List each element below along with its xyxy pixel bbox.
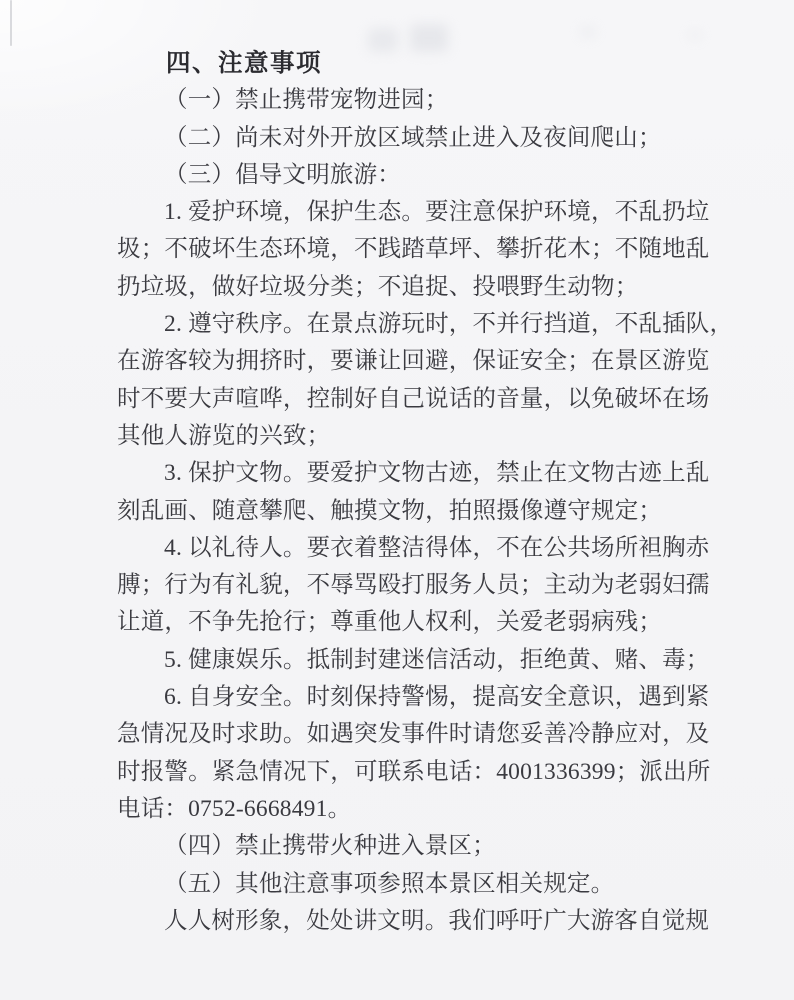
- scan-edge-artifact: [10, 0, 12, 46]
- text-line: 人人树形象，处处讲文明。我们呼吁广大游客自觉规: [117, 903, 685, 940]
- text-line: （二）尚未对外开放区域禁止进入及夜间爬山；: [117, 120, 685, 157]
- text-line: 电话：0752-6668491。: [117, 791, 685, 828]
- text-line: 时报警。紧急情况下，可联系电话：4001336399；派出所: [117, 754, 685, 791]
- text-line: 6. 自身安全。时刻保持警惕，提高安全意识，遇到紧: [117, 679, 685, 716]
- text-line: 3. 保护文物。要爱护文物古迹，禁止在文物古迹上乱: [117, 455, 685, 492]
- bleedthrough-smudge: [580, 26, 596, 38]
- scanned-page: 四、注意事项（一）禁止携带宠物进园；（二）尚未对外开放区域禁止进入及夜间爬山；（…: [0, 0, 794, 1000]
- text-line: 膊；行为有礼貌，不辱骂殴打服务人员；主动为老弱妇孺: [117, 567, 685, 604]
- text-line: （四）禁止携带火种进入景区；: [117, 828, 685, 865]
- text-line: 2. 遵守秩序。在景点游玩时，不并行挡道，不乱插队，: [117, 306, 685, 343]
- text-line: （一）禁止携带宠物进园；: [117, 82, 685, 119]
- bleedthrough-smudge: [688, 30, 702, 40]
- text-line: 让道，不争先抢行；尊重他人权利，关爱老弱病残；: [117, 604, 685, 641]
- text-line: 时不要大声喧哗，控制好自己说话的音量，以免破坏在场: [117, 381, 685, 418]
- text-line: 急情况及时求助。如遇突发事件时请您妥善冷静应对，及: [117, 716, 685, 753]
- text-line: （五）其他注意事项参照本景区相关规定。: [117, 866, 685, 903]
- section-heading: 四、注意事项: [117, 45, 685, 82]
- document-lines: 四、注意事项（一）禁止携带宠物进园；（二）尚未对外开放区域禁止进入及夜间爬山；（…: [117, 45, 685, 940]
- text-line: 5. 健康娱乐。抵制封建迷信活动，拒绝黄、赌、毒；: [117, 642, 685, 679]
- text-line: 4. 以礼待人。要衣着整洁得体，不在公共场所袒胸赤: [117, 530, 685, 567]
- text-line: 圾；不破坏生态环境，不践踏草坪、攀折花木；不随地乱: [117, 231, 685, 268]
- text-line: 其他人游览的兴致；: [117, 418, 685, 455]
- text-line: 刻乱画、随意攀爬、触摸文物，拍照摄像遵守规定；: [117, 493, 685, 530]
- text-line: 扔垃圾，做好垃圾分类；不追捉、投喂野生动物；: [117, 269, 685, 306]
- text-line: （三）倡导文明旅游：: [117, 157, 685, 194]
- text-line: 1. 爱护环境，保护生态。要注意保护环境，不乱扔垃: [117, 194, 685, 231]
- text-line: 在游客较为拥挤时，要谦让回避，保证安全；在景区游览: [117, 343, 685, 380]
